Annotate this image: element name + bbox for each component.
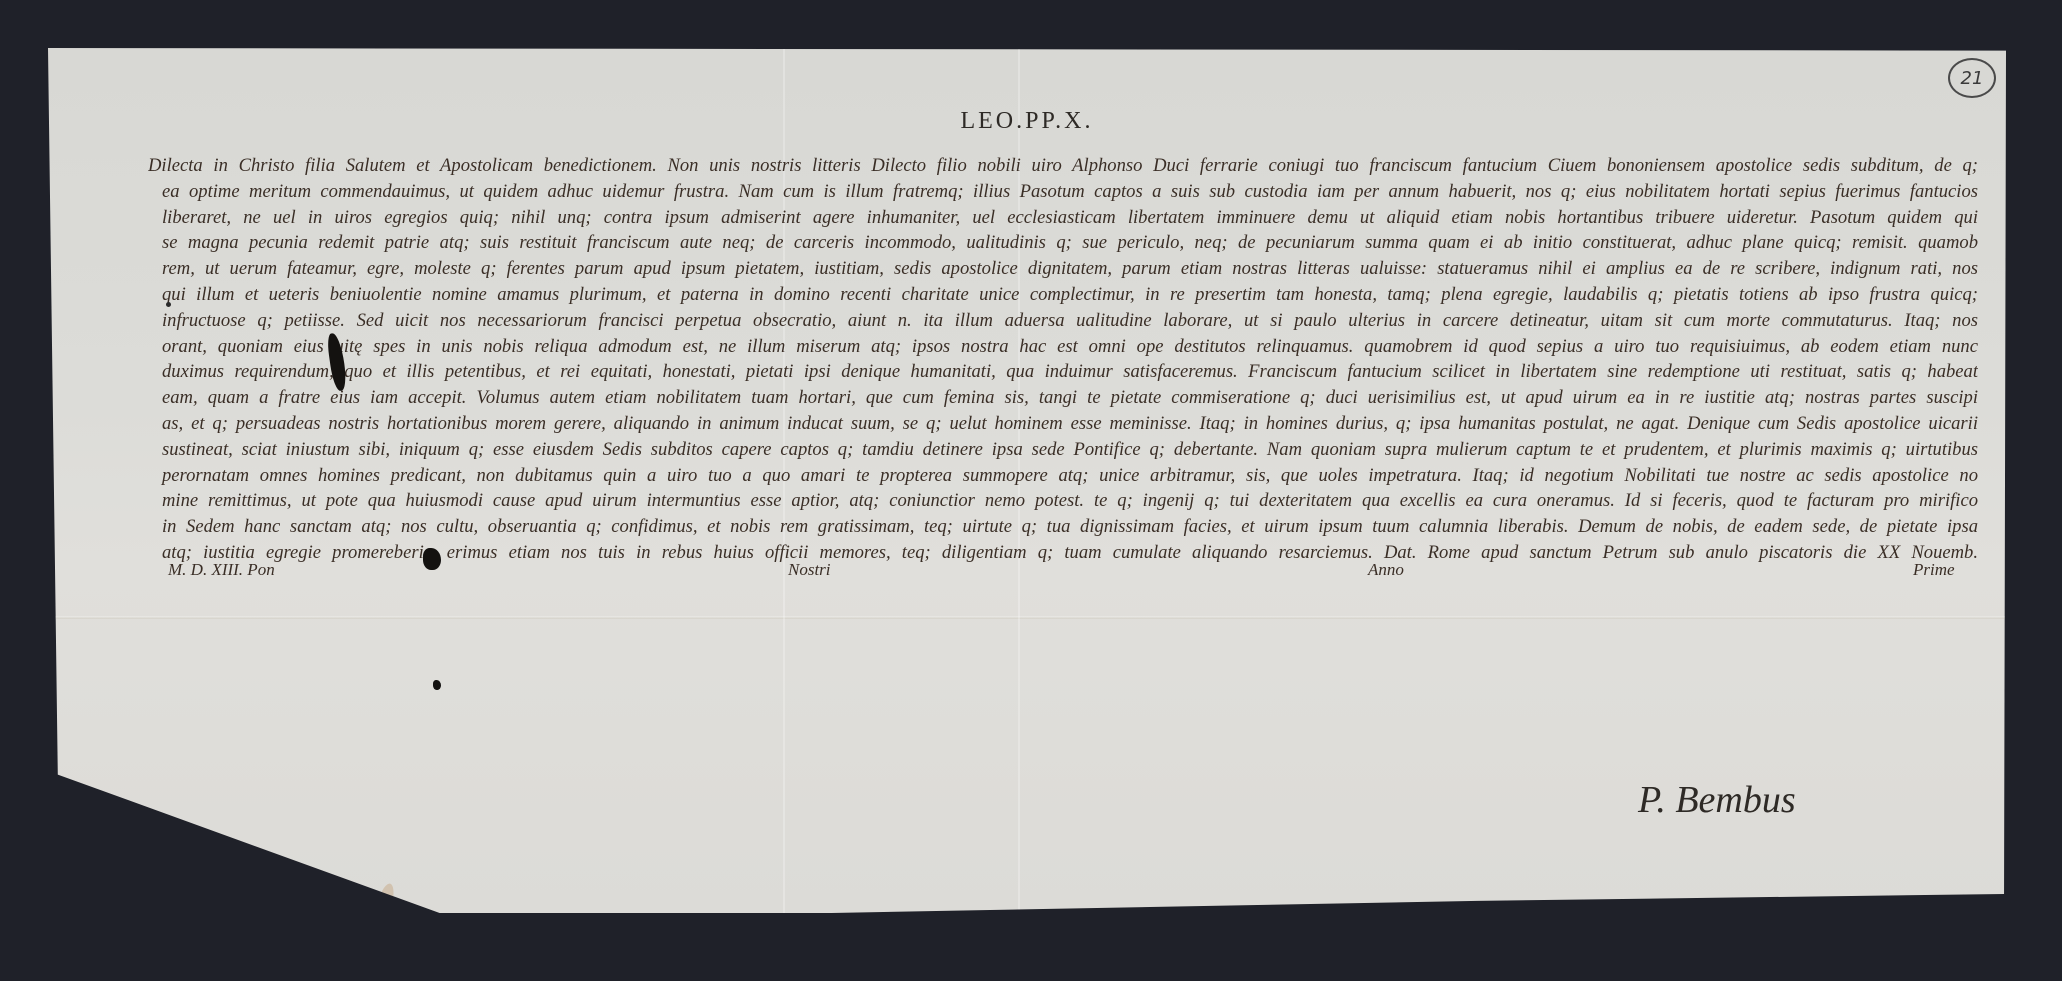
ink-blot <box>433 680 441 690</box>
text-line: as, et q; persuadeas nostris hortationib… <box>148 411 1978 437</box>
parchment-document: 21 LEO.PP.X. Dilecta in Christo filia Sa… <box>48 48 2006 913</box>
text-line: duximus requirendum, quo et illis petent… <box>148 359 1978 385</box>
dating-year: M. D. XIII. Pon <box>168 560 275 580</box>
folio-number-badge: 21 <box>1948 58 1996 98</box>
text-line: orant, quoniam eius uitę spes in unis no… <box>148 334 1978 360</box>
text-line: in Sedem hanc sanctam atq; nos cultu, ob… <box>148 514 1978 540</box>
text-line: perornatam omnes homines predicant, non … <box>148 463 1978 489</box>
text-line: ea optime meritum commendauimus, ut quid… <box>148 179 1978 205</box>
signature: P. Bembus <box>1638 778 1796 822</box>
dating-word-nostri: Nostri <box>788 560 831 580</box>
horizontal-fold-line <box>48 616 2006 619</box>
text-line: sustineat, sciat iniustum sibi, iniquum … <box>148 437 1978 463</box>
dating-word-anno: Anno <box>1368 560 1404 580</box>
text-line: Dilecta in Christo filia Salutem et Apos… <box>148 153 1978 179</box>
text-line: infructuose q; petiisse. Sed uicit nos n… <box>148 308 1978 334</box>
ink-blot <box>423 548 441 570</box>
document-heading: LEO.PP.X. <box>48 108 2006 135</box>
letter-body: Dilecta in Christo filia Salutem et Apos… <box>148 153 1978 566</box>
text-line: liberaret, ne uel in uiros egregios quiq… <box>148 205 1978 231</box>
dating-word-prime: Prime <box>1913 560 1955 580</box>
folio-number: 21 <box>1961 68 1984 89</box>
text-line: mine remittimus, ut pote qua huiusmodi c… <box>148 488 1978 514</box>
text-line: eam, quam a fratre eius iam accepit. Vol… <box>148 385 1978 411</box>
text-line: se magna pecunia redemit patrie atq; sui… <box>148 230 1978 256</box>
water-stain <box>373 882 397 924</box>
margin-dot <box>166 302 171 307</box>
text-line: rem, ut uerum fateamur, egre, moleste q;… <box>148 256 1978 282</box>
text-line: qui illum et ueteris beniuolentie nomine… <box>148 282 1978 308</box>
